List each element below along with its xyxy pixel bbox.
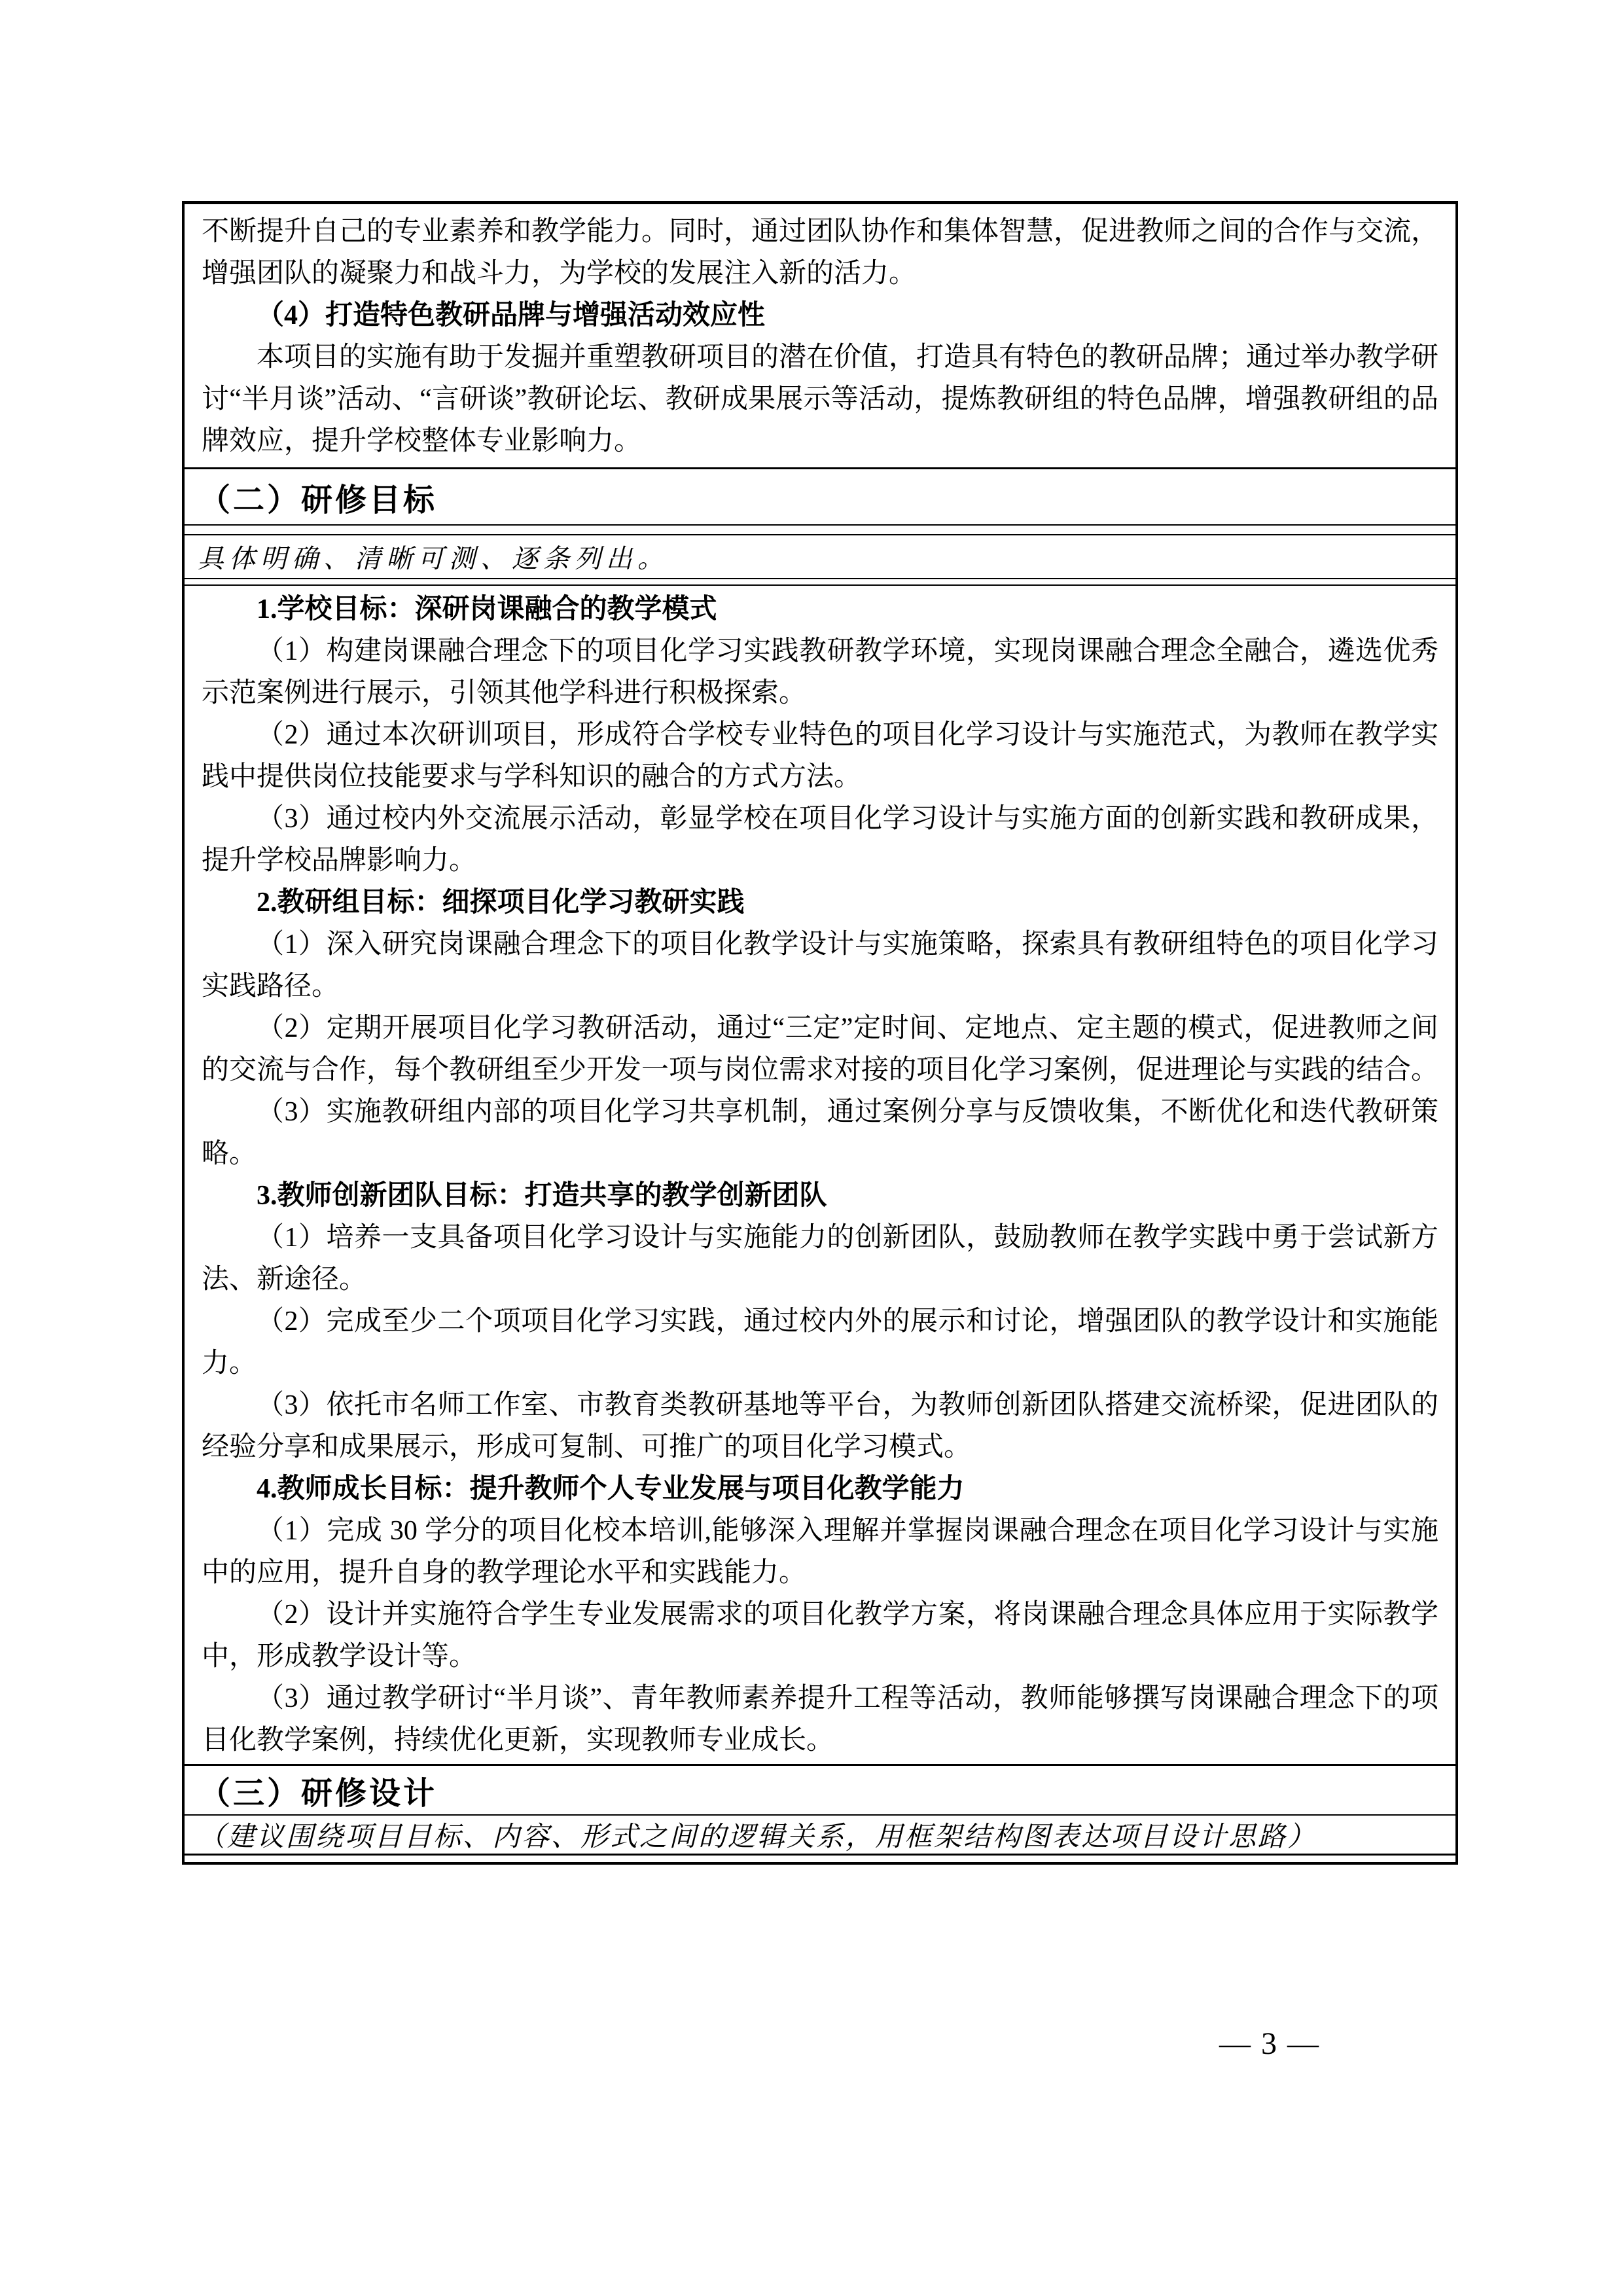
goal-3-item-2: （2）完成至少二个项项目化学习实践，通过校内外的展示和讨论，增强团队的教学设计和… [202,1300,1438,1384]
section3-header-cell: （三）研修设计 [185,1766,1455,1814]
double-rule-divider [185,524,1455,535]
section2-note-cell: 具体明确、清晰可测、逐条列出。 [185,535,1455,578]
continuation-cell: 不断提升自己的专业素养和教学能力。同时，通过团队协作和集体智慧，促进教师之间的合… [185,204,1455,467]
goal-4-item-2: （2）设计并实施符合学生专业发展需求的项目化教学方案，将岗课融合理念具体应用于实… [202,1594,1438,1677]
subheading-item-4: （4）打造特色教研品牌与增强活动效应性 [202,295,1438,336]
goal-heading-2: 2.教研组目标：细探项目化学习教研实践 [202,882,1438,924]
goal-1-item-1: （1）构建岗课融合理念下的项目化学习实践教研教学环境，实现岗课融合理念全融合，遴… [202,630,1438,714]
section2-title: （二）研修目标 [199,475,437,520]
section3-note-text: （建议围绕项目目标、内容、形式之间的逻辑关系，用框架结构图表达项目设计思路） [198,1815,1317,1854]
goal-heading-4: 4.教师成长目标：提升教师个人专业发展与项目化教学能力 [202,1468,1438,1510]
goal-2-item-2: （2）定期开展项目化学习教研活动，通过“三定”定时间、定地点、定主题的模式，促进… [202,1007,1438,1091]
page-number: — 3 — [1171,2026,1368,2062]
goal-heading-1: 1.学校目标：深研岗课融合的教学模式 [202,588,1438,630]
goal-2-item-1: （1）深入研究岗课融合理念下的项目化教学设计与实施策略，探索具有教研组特色的项目… [202,924,1438,1007]
goal-3-item-3: （3）依托市名师工作室、市教育类教研基地等平台，为教师创新团队搭建交流桥梁，促进… [202,1384,1438,1468]
section3-title: （三）研修设计 [199,1768,437,1813]
double-rule-divider [185,578,1455,586]
goal-4-item-3: （3）通过教学研讨“半月谈”、青年教师素养提升工程等活动，教师能够撰写岗课融合理… [202,1677,1438,1761]
table-bottom-border [185,1854,1455,1865]
section3-note-cell: （建议围绕项目目标、内容、形式之间的逻辑关系，用框架结构图表达项目设计思路） [185,1816,1455,1854]
section2-content-cell: 1.学校目标：深研岗课融合的教学模式 （1）构建岗课融合理念下的项目化学习实践教… [185,586,1455,1764]
project-form-table: 不断提升自己的专业素养和教学能力。同时，通过团队协作和集体智慧，促进教师之间的合… [182,201,1458,1865]
goal-1-item-3: （3）通过校内外交流展示活动，彰显学校在项目化学习设计与实施方面的创新实践和教研… [202,798,1438,882]
document-page: 不断提升自己的专业素养和教学能力。同时，通过团队协作和集体智慧，促进教师之间的合… [0,0,1623,2296]
goal-2-item-3: （3）实施教研组内部的项目化学习共享机制，通过案例分享与反馈收集，不断优化和迭代… [202,1091,1438,1175]
continuation-paragraph-2: 本项目的实施有助于发掘并重塑教研项目的潜在价值，打造具有特色的教研品牌；通过举办… [202,336,1438,462]
goal-4-item-1: （1）完成 30 学分的项目化校本培训,能够深入理解并掌握岗课融合理念在项目化学… [202,1510,1438,1594]
section2-note-text: 具体明确、清晰可测、逐条列出。 [198,538,669,575]
goal-3-item-1: （1）培养一支具备项目化学习设计与实施能力的创新团队，鼓励教师在教学实践中勇于尝… [202,1217,1438,1300]
continuation-paragraph: 不断提升自己的专业素养和教学能力。同时，通过团队协作和集体智慧，促进教师之间的合… [202,211,1438,295]
goal-heading-3: 3.教师创新团队目标：打造共享的教学创新团队 [202,1175,1438,1217]
goal-1-item-2: （2）通过本次研训项目，形成符合学校专业特色的项目化学习设计与实施范式，为教师在… [202,714,1438,798]
section2-header-cell: （二）研修目标 [185,469,1455,524]
